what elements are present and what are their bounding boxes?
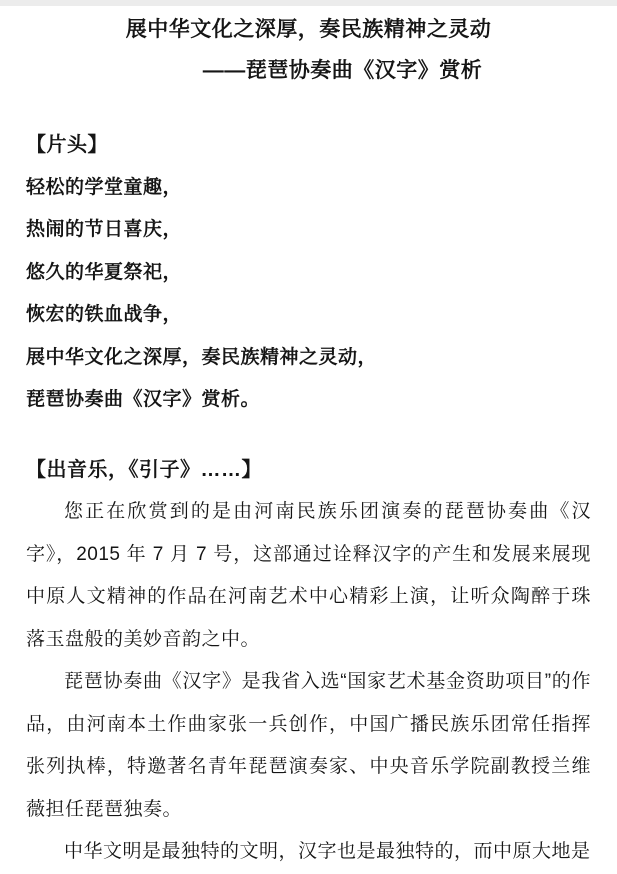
opening-poem: 轻松的学堂童趣， 热闹的节日喜庆， 悠久的华夏祭祀， 恢宏的铁血战争， 展中华文… [26, 167, 591, 422]
blank-line [26, 91, 591, 124]
poem-line-5: 展中华文化之深厚，奏民族精神之灵动， [26, 337, 591, 380]
paragraph-2: 琵琶协奏曲《汉字》是我省入选“国家艺术基金资助项目”的作品，由河南本土作曲家张一… [26, 661, 591, 831]
scene-heading-music-intro: 【出音乐，《引子》……】 [26, 449, 591, 492]
scene-heading-opening: 【片头】 [26, 124, 591, 167]
paragraph-1: 您正在欣赏到的是由河南民族乐团演奏的琵琶协奏曲《汉字》，2015 年 7 月 7… [26, 491, 591, 661]
page-top-edge [0, 0, 617, 6]
poem-line-6: 琵琶协奏曲《汉字》赏析。 [26, 379, 591, 422]
document-subtitle: ——琵琶协奏曲《汉字》赏析 [60, 50, 617, 91]
poem-line-1: 轻松的学堂童趣， [26, 167, 591, 210]
document-title: 展中华文化之深厚，奏民族精神之灵动 [26, 9, 591, 50]
poem-line-2: 热闹的节日喜庆， [26, 209, 591, 252]
blank-line [26, 422, 591, 449]
document-content: 展中华文化之深厚，奏民族精神之灵动 ——琵琶协奏曲《汉字》赏析 【片头】 轻松的… [0, 9, 617, 874]
document-page: 展中华文化之深厚，奏民族精神之灵动 ——琵琶协奏曲《汉字》赏析 【片头】 轻松的… [0, 0, 617, 874]
poem-line-3: 悠久的华夏祭祀， [26, 252, 591, 295]
paragraph-3: 中华文明是最独特的文明，汉字也是最独特的，而中原大地是 [26, 831, 591, 874]
poem-line-4: 恢宏的铁血战争， [26, 294, 591, 337]
